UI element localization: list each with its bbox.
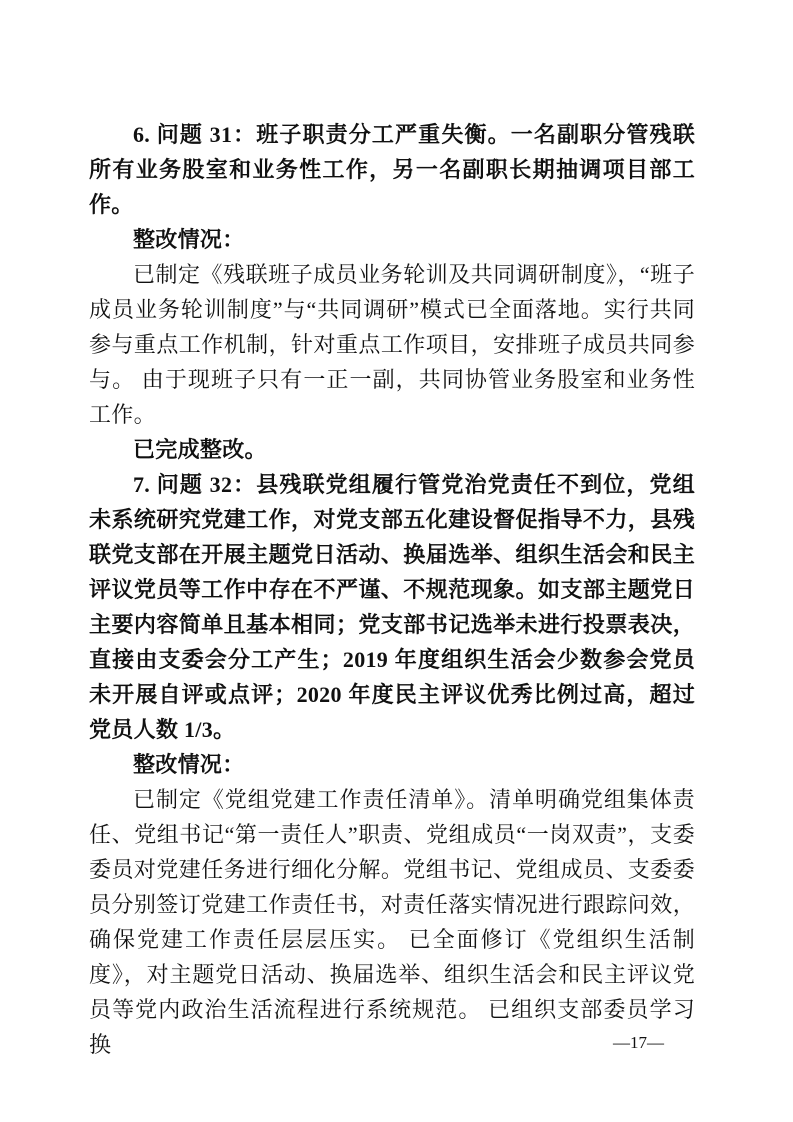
rectification-status-label-1: 整改情况： [89,222,695,257]
rectification-complete-statement: 已完成整改。 [89,432,695,467]
document-text-block: 6. 问题 31：班子职责分工严重失衡。一名副职分管残联所有业务股室和业务性工作… [89,117,695,1062]
rectification-body-2: 已制定《党组党建工作责任清单》。清单明确党组集体责任、党组书记“第一责任人”职责… [89,782,695,1062]
document-page: 6. 问题 31：班子职责分工严重失衡。一名副职分管残联所有业务股室和业务性工作… [0,0,793,1122]
problem-32-heading: 7. 问题 32：县残联党组履行管党治党责任不到位，党组未系统研究党建工作，对党… [89,467,695,747]
page-number: —17— [613,1033,664,1053]
problem-31-heading: 6. 问题 31：班子职责分工严重失衡。一名副职分管残联所有业务股室和业务性工作… [89,117,695,222]
rectification-body-1: 已制定《残联班子成员业务轮训及共同调研制度》，“班子成员业务轮训制度”与“共同调… [89,257,695,432]
rectification-status-label-2: 整改情况： [89,747,695,782]
